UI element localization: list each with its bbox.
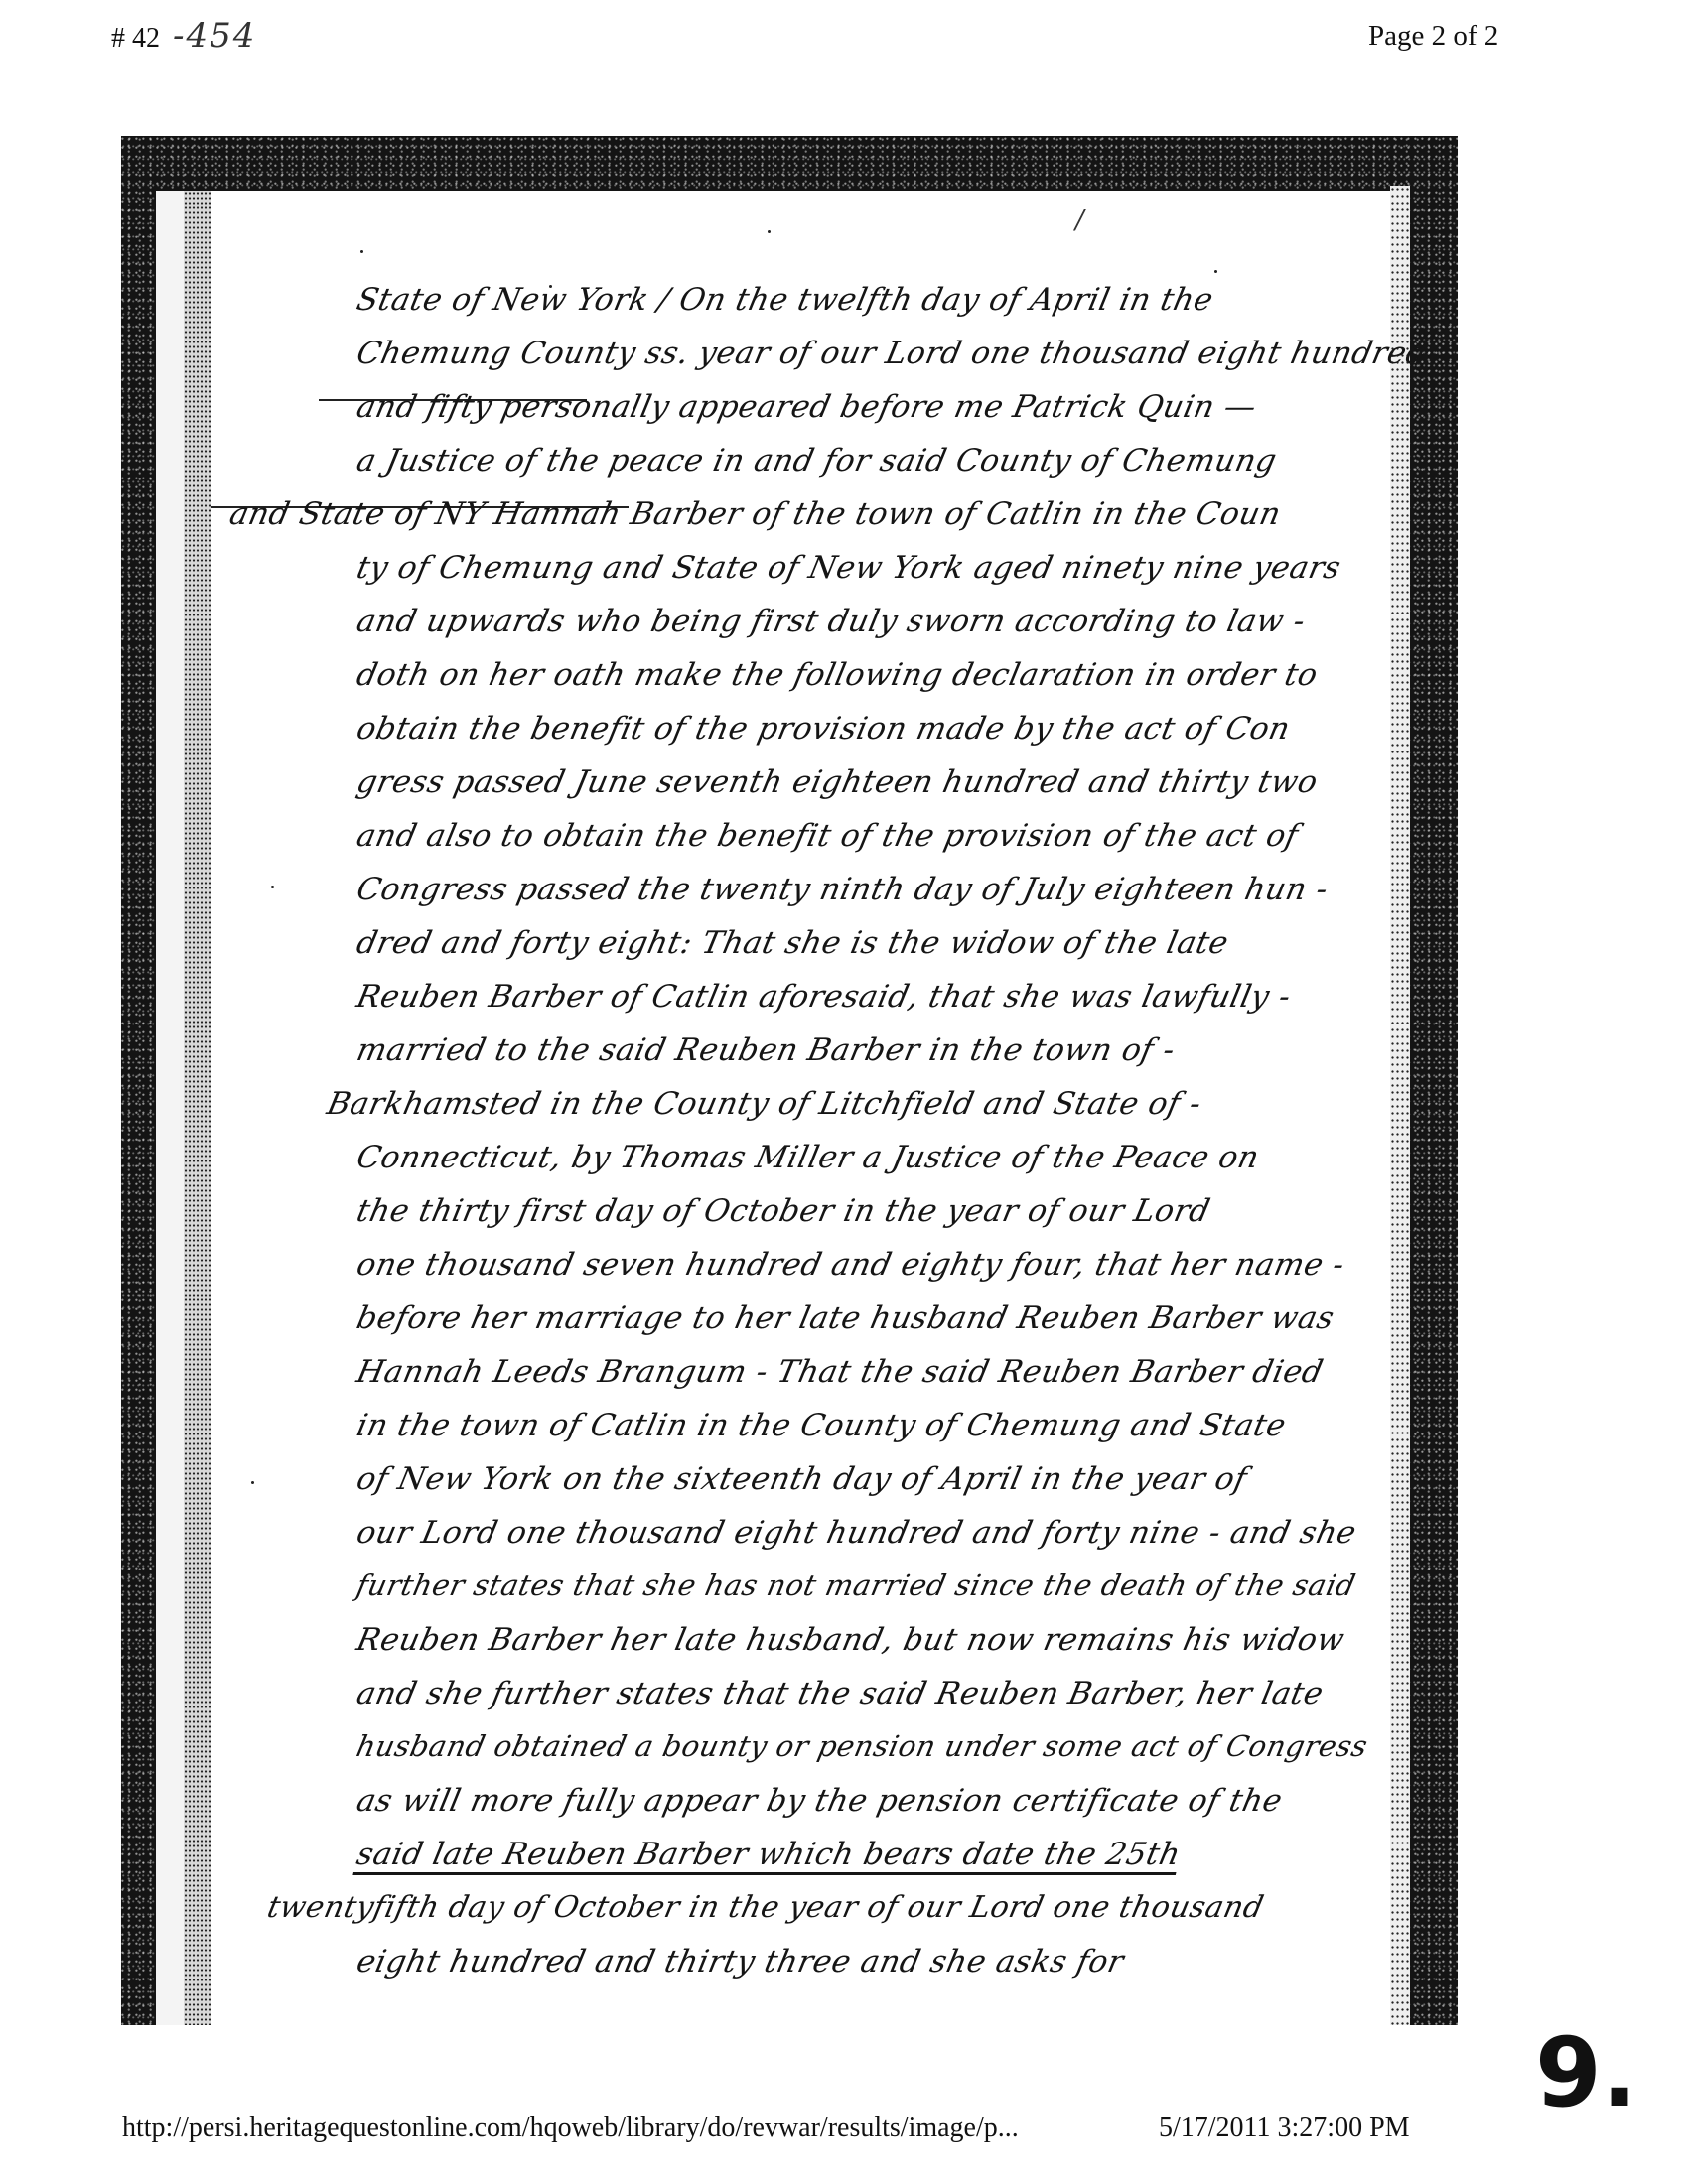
manuscript-line: in the town of Catlin in the County of C… (353, 1408, 1289, 1443)
manuscript-line: Connecticut, by Thomas Miller a Justice … (353, 1140, 1262, 1175)
manuscript-line: married to the said Reuben Barber in the… (353, 1032, 1179, 1068)
manuscript-line: dred and forty eight: That she is the wi… (353, 925, 1232, 961)
manuscript-line: doth on her oath make the following decl… (353, 657, 1321, 693)
manuscript-line: Congress passed the twenty ninth day of … (353, 872, 1332, 907)
manuscript-line: ty of Chemung and State of New York aged… (353, 550, 1344, 586)
manuscript-line: said late Reuben Barber which bears date… (353, 1837, 1184, 1872)
document-id: # 42 -454 (111, 16, 256, 56)
manuscript-line: Barkhamsted in the County of Litchfield … (324, 1086, 1204, 1122)
manuscript-line: of New York on the sixteenth day of Apri… (353, 1461, 1250, 1497)
manuscript-line: one thousand seven hundred and eighty fo… (353, 1247, 1348, 1283)
frame-left-speckle (184, 191, 211, 2025)
manuscript-line: Chemung County ss. year of our Lord one … (353, 336, 1431, 371)
scanned-document-frame: / State of New York / On the twelfth day… (121, 136, 1458, 2025)
manuscript-line: as will more fully appear by the pension… (353, 1783, 1286, 1819)
manuscript-line: Hannah Leeds Brangum - That the said Reu… (353, 1354, 1327, 1390)
manuscript-line: and upwards who being first duly sworn a… (353, 604, 1309, 639)
manuscript-line: twentyfifth day of October in the year o… (264, 1890, 1267, 1925)
print-timestamp: 5/17/2011 3:27:00 PM (1159, 2113, 1410, 2144)
speck (271, 886, 274, 888)
manuscript-line: husband obtained a bounty or pension und… (353, 1729, 1371, 1763)
manuscript-line: a Justice of the peace in and for said C… (353, 443, 1280, 478)
frame-right-speckle (1390, 186, 1410, 2025)
manuscript-line: further states that she has not married … (353, 1569, 1358, 1602)
manuscript-line: Reuben Barber of Catlin aforesaid, that … (353, 979, 1294, 1015)
source-url: http://persi.heritagequestonline.com/hqo… (122, 2113, 1019, 2144)
manuscript-line: obtain the benefit of the provision made… (353, 711, 1294, 747)
speck (251, 1481, 254, 1484)
manuscript-line: our Lord one thousand eight hundred and … (353, 1515, 1359, 1551)
manuscript-line: and State of NY Hannah Barber of the tow… (226, 496, 1284, 532)
manuscript-line: and also to obtain the benefit of the pr… (353, 818, 1302, 854)
folio-number: 9. (1535, 2025, 1637, 2120)
manuscript-line: eight hundred and thirty three and she a… (353, 1944, 1127, 1979)
manuscript-page: / State of New York / On the twelfth day… (211, 191, 1390, 2025)
manuscript-line: the thirty first day of October in the y… (353, 1193, 1213, 1229)
document-number: # 42 (111, 23, 160, 54)
manuscript-line: State of New York / On the twelfth day o… (353, 282, 1216, 318)
handwritten-reference: -454 (173, 16, 256, 56)
manuscript-line: and she further states that the said Reu… (353, 1676, 1327, 1711)
page-indicator: Page 2 of 2 (1368, 20, 1498, 53)
frame-left-strip (156, 191, 184, 2025)
manuscript-line: and fifty personally appeared before me … (353, 389, 1260, 425)
manuscript-text: State of New York / On the twelfth day o… (353, 191, 1386, 2025)
manuscript-line: Reuben Barber her late husband, but now … (353, 1622, 1347, 1658)
manuscript-line: before her marriage to her late husband … (353, 1300, 1337, 1336)
manuscript-line: gress passed June seventh eighteen hundr… (353, 764, 1321, 800)
